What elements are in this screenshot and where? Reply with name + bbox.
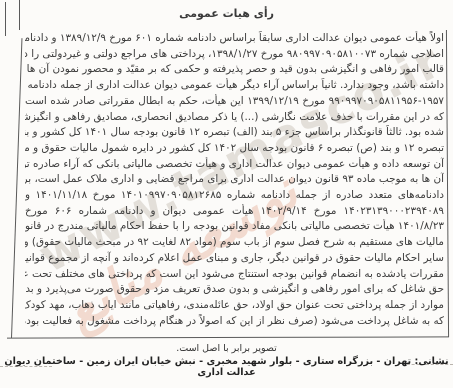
certified-copy-note: تصویر برابر با اصل است. [0, 343, 453, 354]
body-line: حق شاغل که برای امور رفاهی و انگیزشی و ب… [25, 282, 444, 298]
frame-border-left [11, 38, 22, 338]
body-line: داشته باشد، وجود ندارد. ثانیاً براساس آر… [25, 78, 444, 94]
body-line: ۱۴۰۲۳۱۳۹۰۰۰۲۳۹۴۰۸۹ مورخ ۱۴۰۲/۹/۱۴ هیأت ع… [25, 204, 444, 220]
body-line: ۹۹۰۹۹۷۰۹۰۵۸۱۱۹۵۶-۱۹۵۷ مورخ ۱۳۹۹/۱۲/۱۹ ای… [25, 94, 444, 110]
body-line: اصلاحی شماره ۹۸۰۹۹۷۰۹۰۵۸۱۰۰۷۳ مورخ ۱۳۹۸/… [25, 47, 444, 63]
document-title: رأی هیات عمومی [0, 7, 453, 20]
frame-border-bottom [7, 336, 449, 338]
body-line: ۱۴۰۱/۸/۲۳ هیأت تخصصی مالیاتی بانکی مفاد … [25, 219, 444, 235]
body-line: مالیات های مستقیم به شرح فصل سوم از باب … [25, 235, 444, 251]
body-line: که به شاغل پرداخت می‌شود (صرف نظر از این… [25, 314, 444, 330]
frame-border-right [446, 30, 449, 337]
body-line: قالب امور رفاهی و انگیزشی بدون قید و حصر… [25, 62, 444, 78]
body-line: آن توسعه داده و هیأت عمومی دیوان عدالت ا… [25, 157, 444, 173]
ruling-body-text: اولاً هیأت عمومی دیوان عدالت اداری سابقا… [25, 31, 444, 329]
body-line: که در این مقررات با حذف علامت نگارشی (..… [25, 110, 444, 126]
body-line: دادنامه‌های متعدد صادره از جمله دادنامه … [25, 188, 444, 204]
body-line: سایر احکام مالیات حقوق در قوانین دیگر، ج… [25, 251, 444, 267]
body-line: مقررات یادشده به انضمام قوانین بودجه است… [25, 267, 444, 283]
body-line: موارد از جمله پرداختی تحت عنوان حق اولاد… [25, 298, 444, 314]
body-line: تبصره ۱۲ و بند (ص) تبصره ۶ قانون بودجه س… [25, 141, 444, 157]
court-address-line: نشانی: تهران - بزرگراه ستاری - بلوار شهی… [0, 356, 453, 378]
body-line: آن ها به موجب ماده ۹۳ قانون دیوان عدالت … [25, 172, 444, 188]
scanned-document-page: توسعه منابع www.tamasco.ir رأی هیات عموم… [0, 0, 453, 388]
body-line: شده بود. ثالثاً قانونگذار براساس جزء ۵ ب… [25, 125, 444, 141]
body-line: اولاً هیأت عمومی دیوان عدالت اداری سابقا… [25, 31, 444, 47]
